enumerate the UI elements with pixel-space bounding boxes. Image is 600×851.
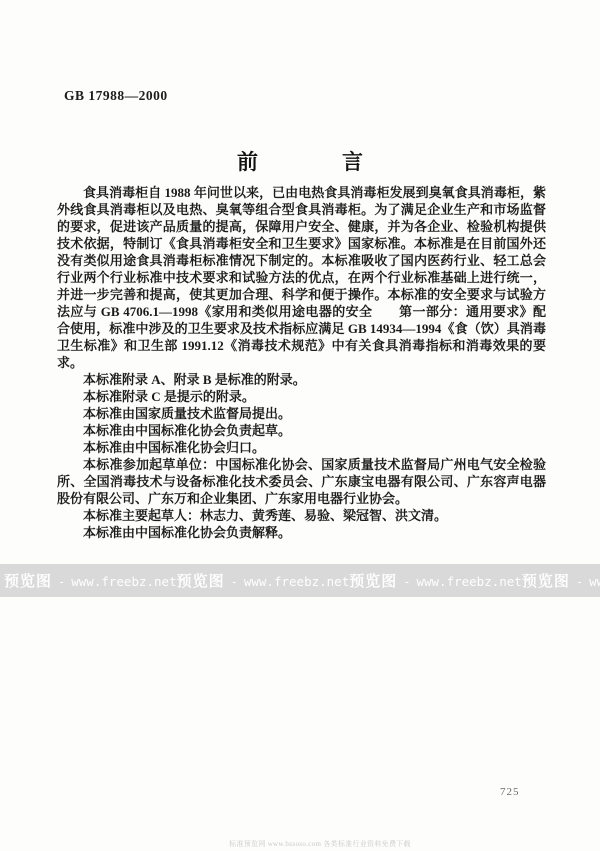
footer-watermark-text: 标准预览网 www.bzsoso.com 各类标准行业资料免费下载 [50, 839, 590, 849]
watermark-item: 预览图 - www.freebz.net [4, 570, 177, 591]
watermark-badge: 预览图 [349, 570, 397, 591]
foreword-paragraph: 本标准由中国标准化协会负责起草。 [57, 422, 546, 439]
scanned-document-page: GB 17988—2000 前 言 食具消毒柜自 1988 年问世以来，已由电热… [0, 0, 600, 851]
watermark-site-url: www.freebz.net [244, 574, 349, 589]
watermark-separator: - [576, 575, 583, 589]
page-title: 前 言 [0, 146, 600, 176]
watermark-separator: - [58, 575, 65, 589]
foreword-paragraph: 本标准参加起草单位：中国标准化协会、国家质量技术监督局广州电气安全检验所、全国消… [57, 456, 546, 507]
watermark-separator: - [403, 575, 410, 589]
foreword-paragraph: 本标准由中国标准化协会负责解释。 [57, 524, 546, 541]
foreword-paragraph: 本标准由中国标准化协会归口。 [57, 439, 546, 456]
watermark-item: 预览图 - www.freebz.net [522, 570, 600, 591]
foreword-paragraph: 本标准附录 A、附录 B 是标准的附录。 [57, 371, 546, 388]
foreword-body: 食具消毒柜自 1988 年问世以来，已由电热食具消毒柜发展到臭氧食具消毒柜，紫外… [57, 184, 546, 541]
watermark-badge: 预览图 [522, 570, 570, 591]
watermark-badge: 预览图 [177, 570, 225, 591]
watermark-site-url: www.freebz.net [589, 574, 600, 589]
foreword-paragraph: 本标准主要起草人：林志力、黄秀莲、易验、梁冠智、洪文清。 [57, 507, 546, 524]
watermark-separator: - [231, 575, 238, 589]
standard-number: GB 17988—2000 [64, 88, 168, 104]
watermark-band: 预览图 - www.freebz.net 预览图 - www.freebz.ne… [0, 564, 600, 597]
page-number: 725 [500, 786, 520, 798]
foreword-paragraph: 本标准由国家质量技术监督局提出。 [57, 405, 546, 422]
watermark-site-url: www.freebz.net [416, 574, 521, 589]
watermark-item: 预览图 - www.freebz.net [349, 570, 522, 591]
watermark-site-url: www.freebz.net [71, 574, 176, 589]
foreword-paragraph: 食具消毒柜自 1988 年问世以来，已由电热食具消毒柜发展到臭氧食具消毒柜，紫外… [57, 184, 546, 371]
watermark-badge: 预览图 [4, 570, 52, 591]
foreword-paragraph: 本标准附录 C 是提示的附录。 [57, 388, 546, 405]
watermark-item: 预览图 - www.freebz.net [177, 570, 350, 591]
